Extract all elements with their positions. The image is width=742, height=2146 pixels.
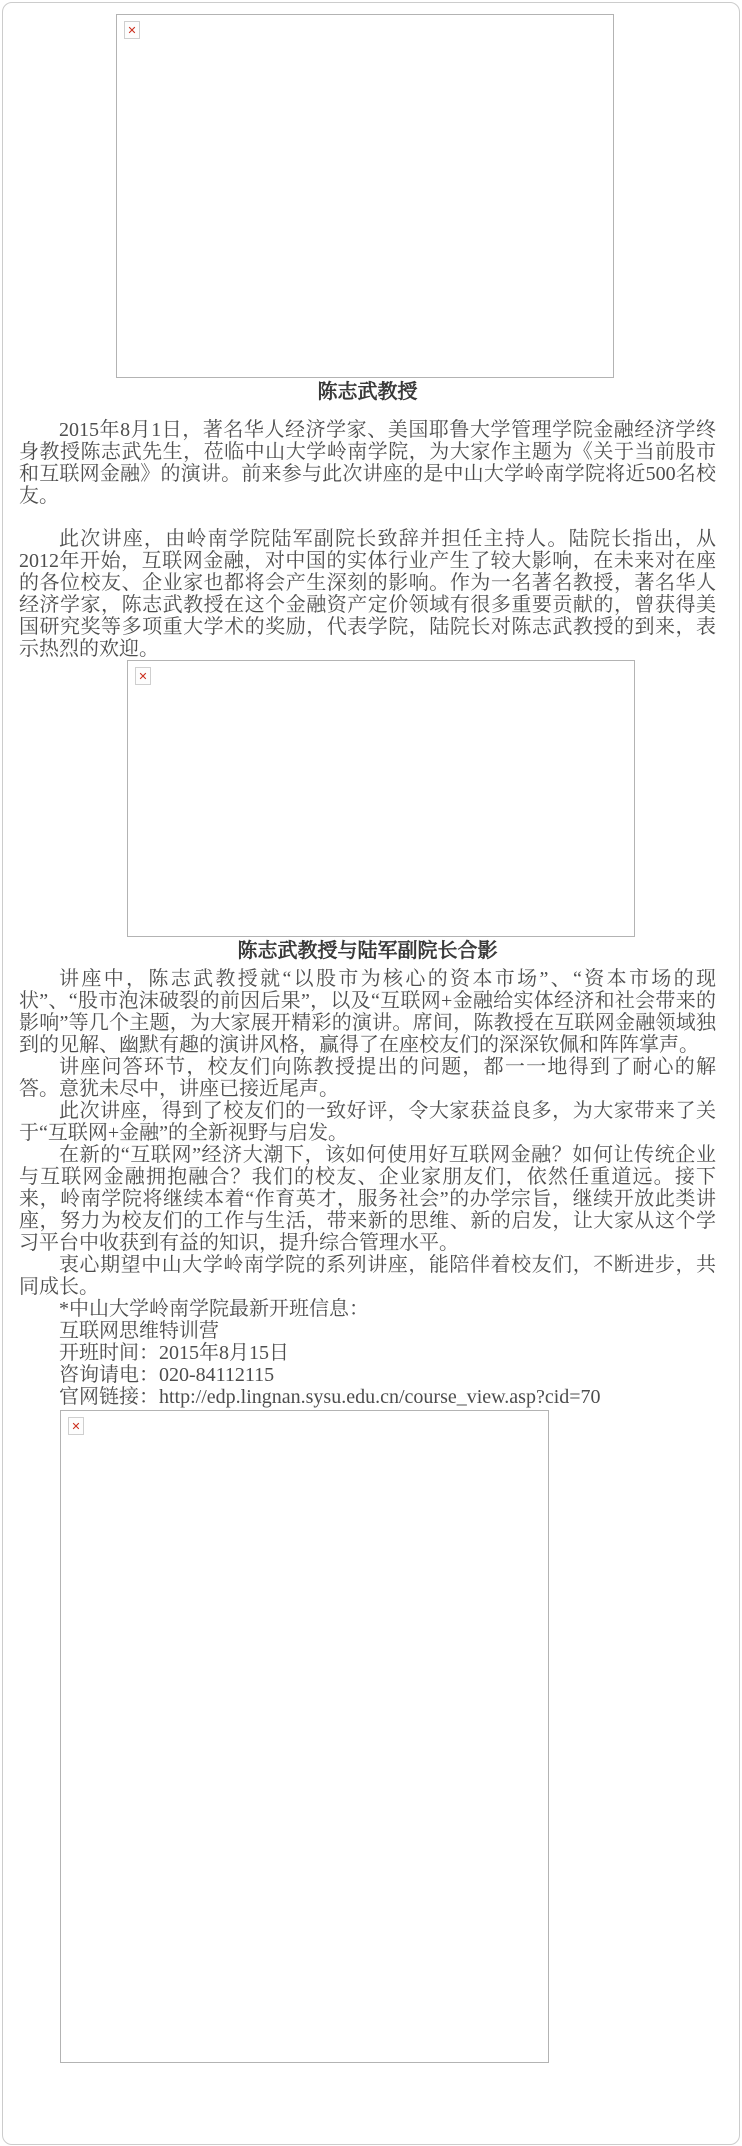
figure-caption-chen-zhiwu: 陈志武教授 [19,381,716,403]
broken-image-icon: ✕ [135,667,151,685]
figure-caption-group-photo: 陈志武教授与陆军副院长合影 [19,940,716,962]
paragraph-qa-session: 讲座问答环节，校友们向陈教授提出的问题，都一一地得到了耐心的解答。意犹未尽中，讲… [19,1056,716,1100]
paragraph-lecture-topics: 讲座中，陈志武教授就“以股市为核心的资本市场”、“资本市场的现状”、“股市泡沫破… [19,968,716,1056]
article-page: { "article": { "figures": [ {"caption": … [0,0,742,2146]
info-header: *中山大学岭南学院最新开班信息： [19,1298,716,1320]
figure-course-poster: ✕ [60,1410,549,2063]
paragraph-intro: 2015年8月1日，著名华人经济学家、美国耶鲁大学管理学院金融经济学终身教授陈志… [19,419,716,507]
figure-group-photo: ✕ [127,660,635,937]
figure-chen-zhiwu-photo: ✕ [116,14,614,378]
broken-image-icon: ✕ [68,1417,84,1435]
red-x-icon: ✕ [138,671,147,682]
info-course-name: 互联网思维特训营 [19,1320,716,1342]
paragraph-outlook: 在新的“互联网”经济大潮下，该如何使用好互联网金融？如何让传统企业与互联网金融拥… [19,1144,716,1254]
paragraph-host-welcome: 此次讲座，由岭南学院陆军副院长致辞并担任主持人。陆院长指出，从2012年开始，互… [19,528,716,660]
red-x-icon: ✕ [127,25,136,36]
red-x-icon: ✕ [71,1421,80,1432]
broken-image-icon: ✕ [124,21,140,39]
paragraph-feedback: 此次讲座，得到了校友们的一致好评，令大家获益良多，为大家带来了关于“互联网+金融… [19,1100,716,1144]
info-phone-number: 咨询请电：020-84112115 [19,1364,716,1386]
paragraph-closing-wish: 衷心期望中山大学岭南学院的系列讲座，能陪伴着校友们，不断进步，共同成长。 [19,1254,716,1298]
official-website-url: 官网链接：http://edp.lingnan.sysu.edu.cn/cour… [19,1386,716,1408]
info-start-date: 开班时间：2015年8月15日 [19,1342,716,1364]
article-content: ✕ 陈志武教授 2015年8月1日，著名华人经济学家、美国耶鲁大学管理学院金融经… [0,14,742,2063]
